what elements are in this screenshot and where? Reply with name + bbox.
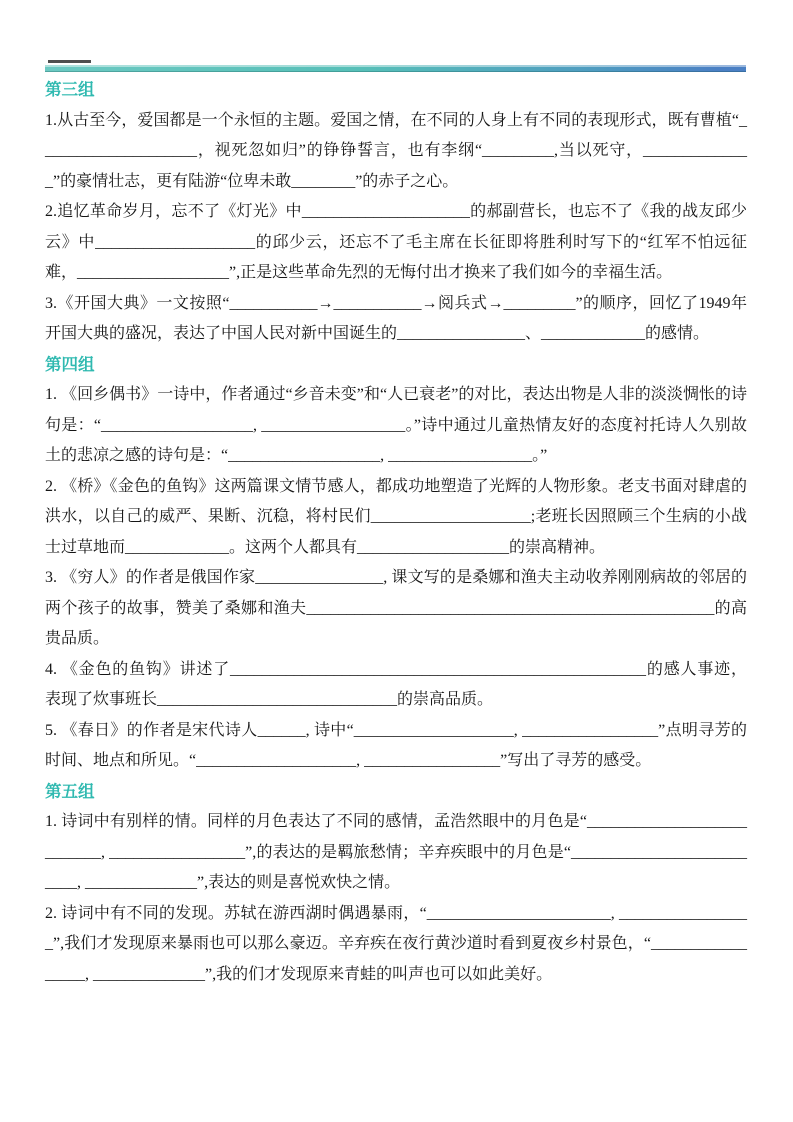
question-text: 2. 《桥》《金色的鱼钩》这两篇课文情节感人，都成功地塑造了光辉的人物形象。老支… [45,472,747,564]
question-text: 1. 《回乡偶书》一诗中，作者通过“乡音未变”和“人已衰老”的对比，表达出物是人… [45,380,747,472]
section-heading: 第三组 [45,75,747,106]
question-text: 2.追忆革命岁月，忘不了《灯光》中_____________________的郝… [45,197,747,289]
section-divider-bar [45,65,746,72]
section-group-4: 第四组 1. 《回乡偶书》一诗中，作者通过“乡音未变”和“人已衰老”的对比，表达… [45,350,747,777]
section-heading: 第四组 [45,350,747,381]
top-left-notch [48,60,91,63]
section-group-5: 第五组 1. 诗词中有别样的情。同样的月色表达了不同的感情，孟浩然眼中的月色是“… [45,777,747,991]
question-text: 1.从古至今，爱国都是一个永恒的主题。爱国之情，在不同的人身上有不同的表现形式，… [45,106,747,198]
question-text: 5. 《春日》的作者是宋代诗人______, 诗中“______________… [45,716,747,777]
question-text: 2. 诗词中有不同的发现。苏轼在游西湖时偶遇暴雨，“______________… [45,899,747,991]
section-group-3: 第三组 1.从古至今，爱国都是一个永恒的主题。爱国之情，在不同的人身上有不同的表… [45,75,747,350]
question-text: 3.《开国大典》一文按照“___________→___________→阅兵式… [45,289,747,350]
question-text: 3. 《穷人》的作者是俄国作家________________, 课文写的是桑娜… [45,563,747,655]
question-text: 4. 《金色的鱼钩》讲述了___________________________… [45,655,747,716]
question-text: 1. 诗词中有别样的情。同样的月色表达了不同的感情，孟浩然眼中的月色是“____… [45,807,747,899]
worksheet-content: 第三组 1.从古至今，爱国都是一个永恒的主题。爱国之情，在不同的人身上有不同的表… [45,75,747,990]
section-heading: 第五组 [45,777,747,808]
worksheet-page: 第三组 1.从古至今，爱国都是一个永恒的主题。爱国之情，在不同的人身上有不同的表… [0,0,793,1122]
